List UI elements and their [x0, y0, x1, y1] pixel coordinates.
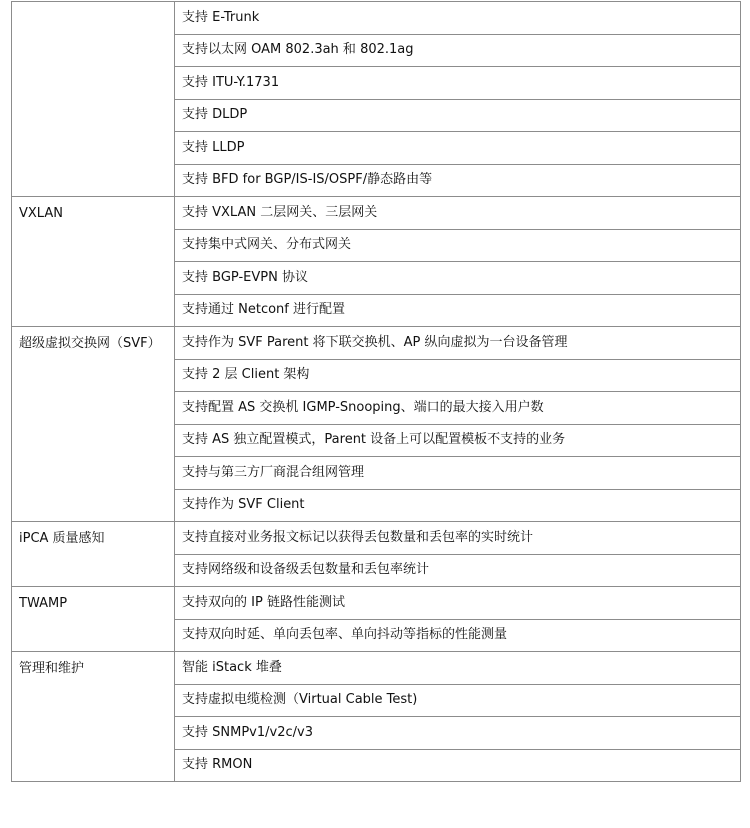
feature-cell: 支持 E-Trunk: [175, 2, 741, 35]
category-cell: VXLAN: [12, 197, 175, 327]
category-cell: [12, 2, 175, 197]
feature-cell: 支持网络级和设备级丢包数量和丢包率统计: [175, 554, 741, 587]
table-row: iPCA 质量感知 支持直接对业务报文标记以获得丢包数量和丢包率的实时统计: [12, 522, 741, 555]
feature-cell: 支持 BGP-EVPN 协议: [175, 262, 741, 295]
category-cell: 超级虚拟交换网（SVF）: [12, 327, 175, 522]
category-cell: 管理和维护: [12, 652, 175, 782]
feature-cell: 支持集中式网关、分布式网关: [175, 229, 741, 262]
feature-cell: 支持 SNMPv1/v2c/v3: [175, 717, 741, 750]
table-row: 超级虚拟交换网（SVF） 支持作为 SVF Parent 将下联交换机、AP 纵…: [12, 327, 741, 360]
feature-cell: 支持作为 SVF Client: [175, 489, 741, 522]
feature-cell: 支持 RMON: [175, 749, 741, 782]
feature-cell: 支持虚拟电缆检测（Virtual Cable Test): [175, 684, 741, 717]
feature-cell: 支持 ITU-Y.1731: [175, 67, 741, 100]
table-row: VXLAN 支持 VXLAN 二层网关、三层网关: [12, 197, 741, 230]
feature-cell: 智能 iStack 堆叠: [175, 652, 741, 685]
feature-cell: 支持通过 Netconf 进行配置: [175, 294, 741, 327]
feature-cell: 支持 BFD for BGP/IS-IS/OSPF/静态路由等: [175, 164, 741, 197]
table-row: 支持 E-Trunk: [12, 2, 741, 35]
table-row: TWAMP 支持双向的 IP 链路性能测试: [12, 587, 741, 620]
feature-cell: 支持作为 SVF Parent 将下联交换机、AP 纵向虚拟为一台设备管理: [175, 327, 741, 360]
feature-cell: 支持 VXLAN 二层网关、三层网关: [175, 197, 741, 230]
feature-cell: 支持配置 AS 交换机 IGMP-Snooping、端口的最大接入用户数: [175, 392, 741, 425]
feature-spec-table: 支持 E-Trunk 支持以太网 OAM 802.3ah 和 802.1ag 支…: [11, 1, 741, 782]
feature-cell: 支持双向的 IP 链路性能测试: [175, 587, 741, 620]
category-cell: iPCA 质量感知: [12, 522, 175, 587]
category-cell: TWAMP: [12, 587, 175, 652]
feature-cell: 支持与第三方厂商混合组网管理: [175, 457, 741, 490]
feature-cell: 支持直接对业务报文标记以获得丢包数量和丢包率的实时统计: [175, 522, 741, 555]
feature-cell: 支持 AS 独立配置模式，Parent 设备上可以配置模板不支持的业务: [175, 424, 741, 457]
feature-cell: 支持双向时延、单向丢包率、单向抖动等指标的性能测量: [175, 619, 741, 652]
feature-cell: 支持 LLDP: [175, 132, 741, 165]
table-row: 管理和维护 智能 iStack 堆叠: [12, 652, 741, 685]
feature-cell: 支持 DLDP: [175, 99, 741, 132]
feature-cell: 支持 2 层 Client 架构: [175, 359, 741, 392]
feature-cell: 支持以太网 OAM 802.3ah 和 802.1ag: [175, 34, 741, 67]
